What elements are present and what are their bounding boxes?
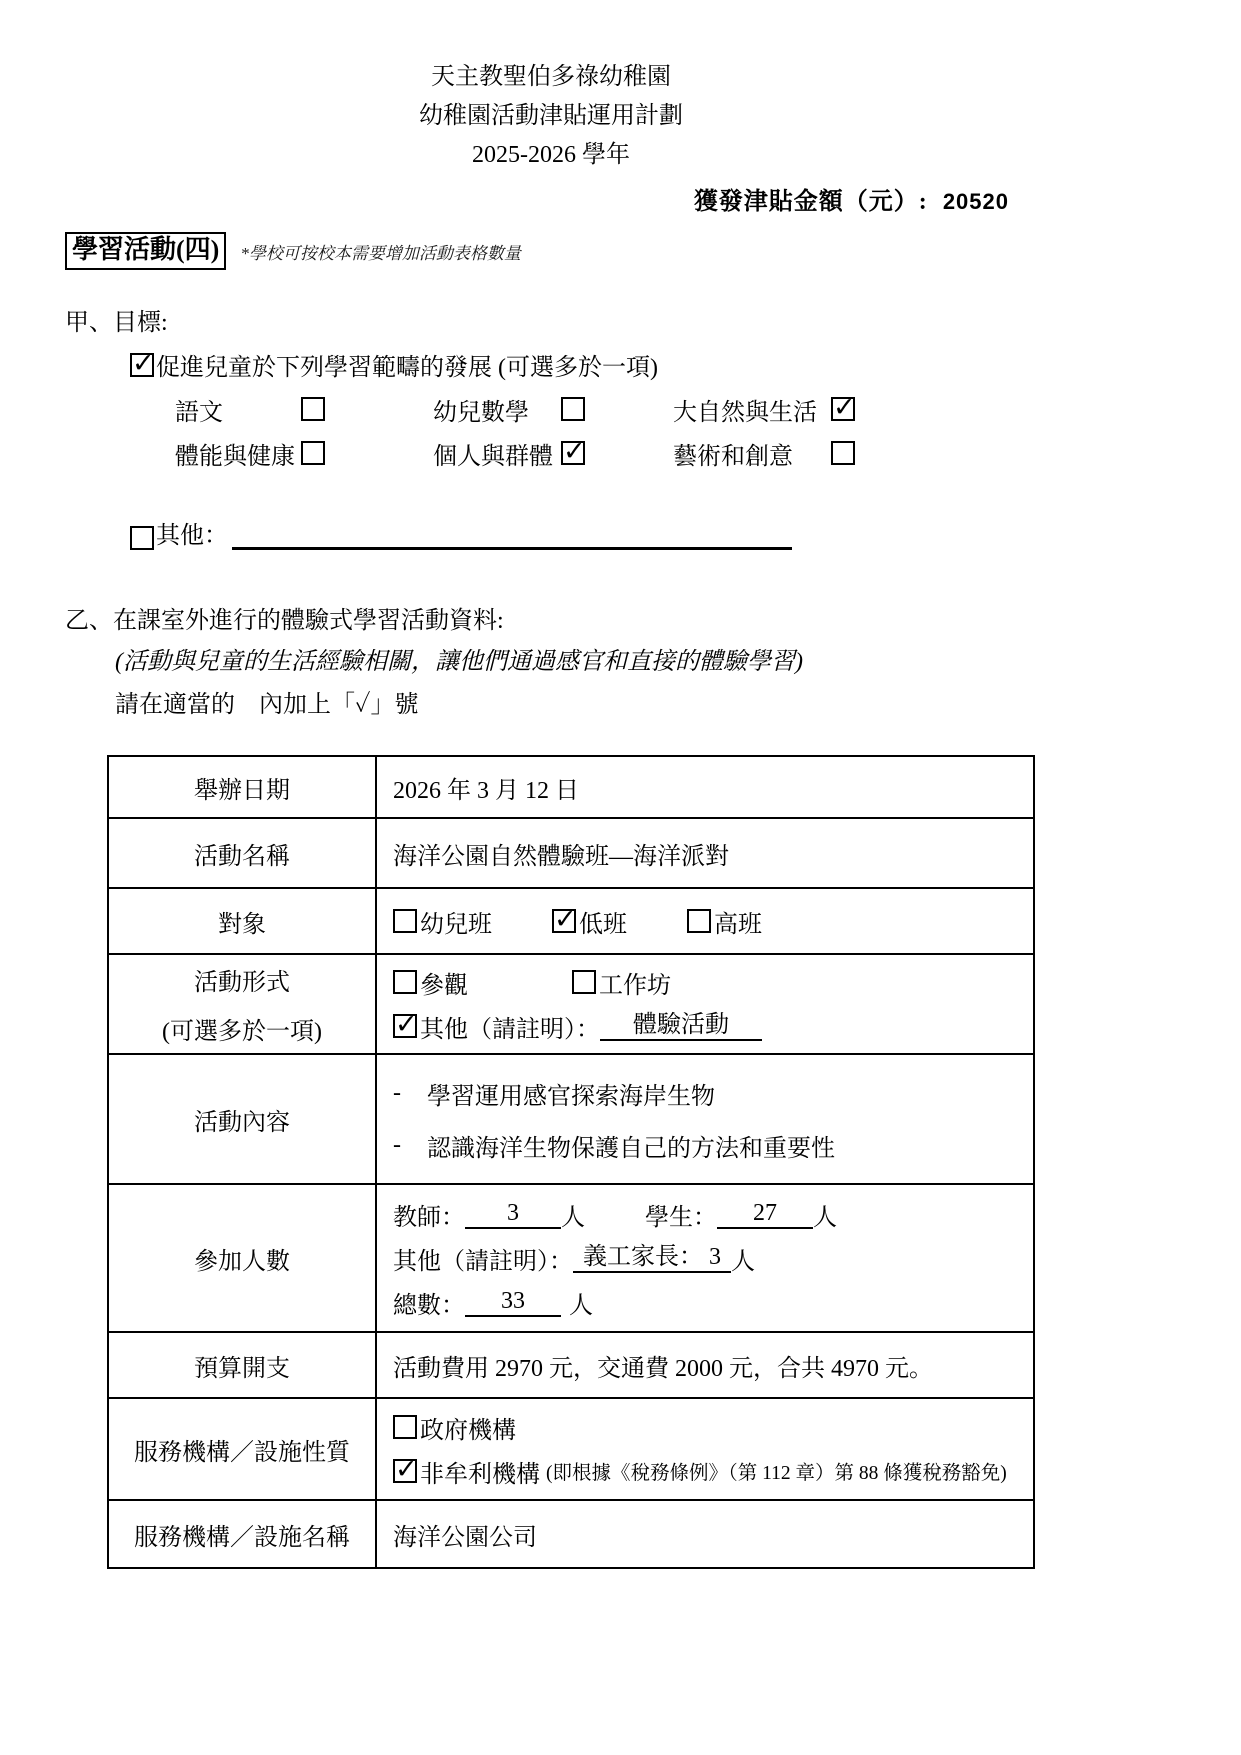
total-count-field[interactable]: 33 — [465, 1287, 561, 1317]
checkbox-personal[interactable] — [561, 441, 585, 465]
checkbox-objective[interactable] — [130, 353, 154, 377]
participants-other-label: 其他（請註明）： — [393, 1241, 573, 1276]
table-row-org-name: 服務機構／設施名稱 海洋公園公司 — [108, 1500, 1034, 1568]
row-label-budget: 預算開支 — [108, 1332, 376, 1398]
checkbox-nature[interactable] — [831, 397, 855, 421]
row-label-date: 舉辦日期 — [108, 756, 376, 818]
participants-other-unit: 人 — [731, 1241, 755, 1276]
content-item-2: - 認識海洋生物保護自己的方法和重要性 — [393, 1123, 1023, 1167]
total-count-unit: 人 — [569, 1285, 593, 1320]
domain-label-nature: 大自然與生活 — [673, 392, 817, 427]
checkbox-nonprofit-org[interactable] — [393, 1459, 417, 1483]
target-label-upper: 高班 — [714, 904, 762, 939]
format-other-value-field[interactable]: 體驗活動 — [600, 1011, 762, 1041]
domain-label-math: 幼兒數學 — [433, 392, 529, 427]
participants-other-field[interactable]: 義工家長： 3 — [573, 1243, 731, 1273]
table-row-activity-name: 活動名稱 海洋公園自然體驗班—海洋派對 — [108, 818, 1034, 888]
section-a-heading: 甲、目標: — [65, 302, 1037, 337]
total-count-label: 總數： — [393, 1285, 465, 1320]
other-objective-blank-field[interactable] — [232, 517, 792, 550]
form-page: 天主教聖伯多祿幼稚園 幼稚園活動津貼運用計劃 2025-2026 學年 獲發津貼… — [0, 0, 1241, 1755]
bullet-dash: - — [393, 1080, 427, 1107]
content-item-1: - 學習運用感官探索海岸生物 — [393, 1071, 1023, 1115]
table-row-content: 活動內容 - 學習運用感官探索海岸生物 - 認識海洋生物保護自己的方法和重要性 — [108, 1054, 1034, 1184]
activity-tag-note: *學校可按校本需要增加活動表格數量 — [240, 239, 521, 264]
student-count-field[interactable]: 27 — [717, 1199, 813, 1229]
row-value-budget: 活動費用 2970 元，交通費 2000 元，合共 4970 元。 — [376, 1332, 1034, 1398]
domain-row-1: 語文 幼兒數學 大自然與生活 — [175, 392, 1037, 426]
checkbox-format-other[interactable] — [393, 1014, 417, 1038]
row-value-date: 2026 年 3 月 12 日 — [376, 756, 1034, 818]
org-type-nonprofit-label: 非牟利機構 — [420, 1454, 540, 1489]
objective-line: 促進兒童於下列學習範疇的發展 (可選多於一項) — [130, 347, 1037, 382]
checkbox-workshop[interactable] — [572, 970, 596, 994]
activity-section-tag: 學習活動(四) — [65, 232, 226, 270]
table-row-budget: 預算開支 活動費用 2970 元，交通費 2000 元，合共 4970 元。 — [108, 1332, 1034, 1398]
checkbox-math[interactable] — [561, 397, 585, 421]
row-label-org-name: 服務機構／設施名稱 — [108, 1500, 376, 1568]
subsidy-label: 獲發津貼金額（元）: — [694, 189, 928, 215]
checkbox-visit[interactable] — [393, 970, 417, 994]
document-header: 天主教聖伯多祿幼稚園 幼稚園活動津貼運用計劃 2025-2026 學年 — [65, 58, 1037, 175]
teacher-count-label: 教師： — [393, 1197, 465, 1232]
table-row-participants: 參加人數 教師： 3 人 學生： 27 人 其他（請註明）： 義工家長： 3 — [108, 1184, 1034, 1332]
student-count-unit: 人 — [813, 1197, 837, 1232]
row-label-org-type: 服務機構／設施性質 — [108, 1398, 376, 1500]
checkbox-other-objective[interactable] — [130, 526, 154, 550]
subsidy-amount: 20520 — [943, 189, 1009, 214]
checkbox-nursery-class[interactable] — [393, 909, 417, 933]
section-b-note: (活動與兒童的生活經驗相關，讓他們通過感官和直接的體驗學習) — [115, 641, 1037, 676]
school-name: 天主教聖伯多祿幼稚園 — [65, 58, 1037, 97]
activity-detail-table: 舉辦日期 2026 年 3 月 12 日 活動名稱 海洋公園自然體驗班—海洋派對… — [107, 755, 1035, 1569]
domain-label-physical: 體能與健康 — [175, 436, 295, 471]
org-type-gov-label: 政府機構 — [420, 1410, 516, 1445]
student-count-label: 學生： — [645, 1197, 717, 1232]
row-label-content: 活動內容 — [108, 1054, 376, 1184]
row-label-format: 活動形式 — [115, 962, 369, 997]
row-label-participants: 參加人數 — [108, 1184, 376, 1332]
format-label-visit: 參觀 — [420, 965, 468, 1000]
other-objective-label: 其他： — [156, 515, 228, 550]
table-row-date: 舉辦日期 2026 年 3 月 12 日 — [108, 756, 1034, 818]
format-other-label: 其他（請註明）： — [420, 1009, 600, 1044]
plan-title: 幼稚園活動津貼運用計劃 — [65, 97, 1037, 136]
section-b-instruction: 請在適當的 內加上「✓」號 — [115, 684, 1037, 719]
bullet-dash: - — [393, 1132, 427, 1159]
school-year: 2025-2026 學年 — [65, 136, 1037, 175]
org-type-nonprofit-note: (即根據《稅務條例》（第 112 章）第 88 條獲稅務豁免) — [546, 1457, 1007, 1485]
domain-label-personal: 個人與群體 — [433, 436, 553, 471]
teacher-count-field[interactable]: 3 — [465, 1199, 561, 1229]
subsidy-amount-line: 獲發津貼金額（元）: 20520 — [65, 181, 1037, 216]
checkbox-lower-class[interactable] — [552, 909, 576, 933]
other-objective-line: 其他： — [130, 514, 1037, 550]
table-row-org-type: 服務機構／設施性質 政府機構 非牟利機構 (即根據《稅務條例》（第 112 章）… — [108, 1398, 1034, 1500]
checkbox-language[interactable] — [301, 397, 325, 421]
activity-tag-line: 學習活動(四) *學校可按校本需要增加活動表格數量 — [65, 232, 1037, 270]
format-label-workshop: 工作坊 — [599, 965, 671, 1000]
domain-row-2: 體能與健康 個人與群體 藝術和創意 — [175, 436, 1037, 470]
checkbox-upper-class[interactable] — [687, 909, 711, 933]
row-label-format-note: (可選多於一項) — [115, 1011, 369, 1046]
row-value-activity-name: 海洋公園自然體驗班—海洋派對 — [376, 818, 1034, 888]
target-label-nursery: 幼兒班 — [420, 904, 492, 939]
checkbox-physical[interactable] — [301, 441, 325, 465]
domain-label-language: 語文 — [175, 392, 223, 427]
section-b-heading: 乙、在課室外進行的體驗式學習活動資料: — [65, 600, 1037, 635]
checkbox-government-org[interactable] — [393, 1415, 417, 1439]
row-value-org-name: 海洋公園公司 — [376, 1500, 1034, 1568]
row-label-target: 對象 — [108, 888, 376, 954]
domain-label-art: 藝術和創意 — [673, 436, 793, 471]
teacher-count-unit: 人 — [561, 1197, 585, 1232]
table-row-target: 對象 幼兒班 低班 高班 — [108, 888, 1034, 954]
target-label-lower: 低班 — [579, 904, 627, 939]
row-label-activity-name: 活動名稱 — [108, 818, 376, 888]
objective-label: 促進兒童於下列學習範疇的發展 (可選多於一項) — [156, 347, 658, 382]
table-row-format: 活動形式 (可選多於一項) 參觀 工作坊 其他（請註明）： — [108, 954, 1034, 1054]
checkbox-art[interactable] — [831, 441, 855, 465]
